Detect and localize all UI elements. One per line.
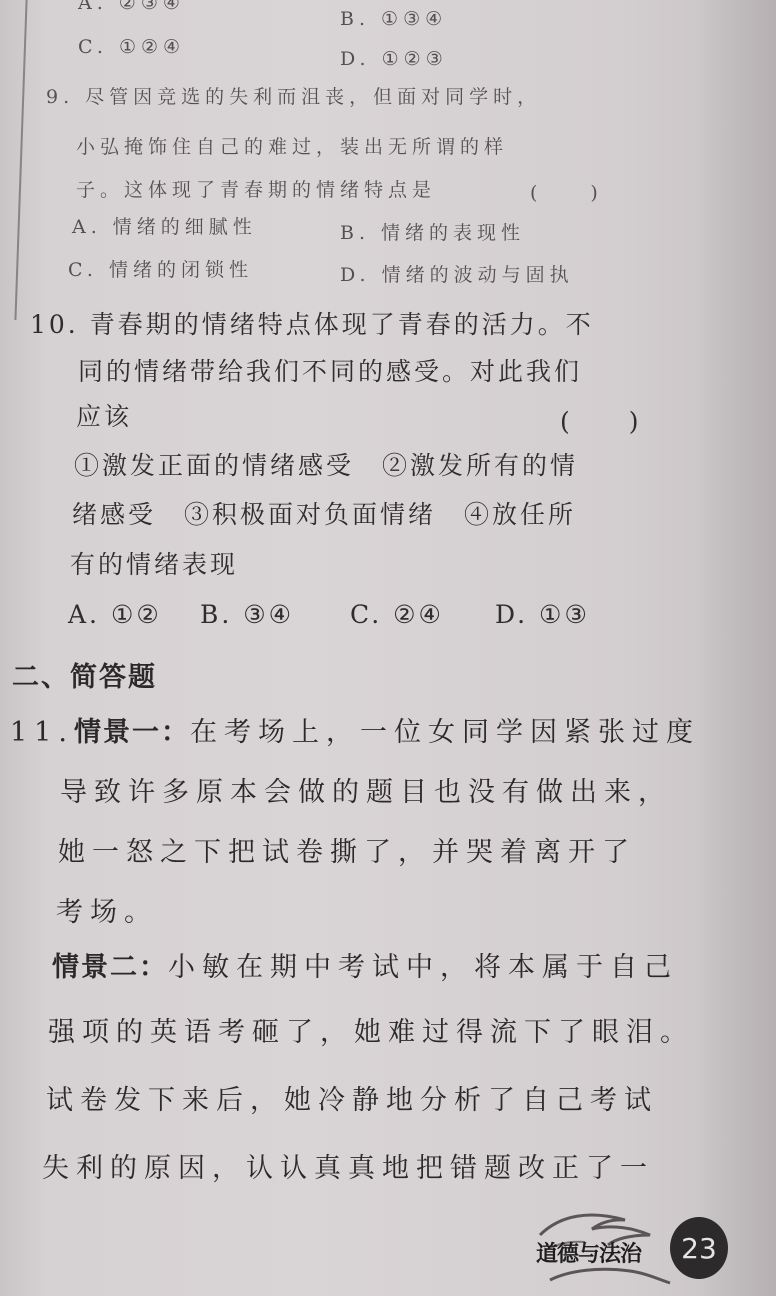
q10-option-b: B. ③④ — [200, 600, 294, 629]
q9-stem-line-3: 子。这体现了青春期的情绪特点是 — [76, 175, 436, 202]
q10-stem-line-3: 应该 — [76, 397, 132, 433]
q8-option-d: D. ①②③ — [340, 48, 448, 70]
q9-option-a: A. 情绪的细腻性 — [72, 212, 257, 239]
q10-stem-line-1: 10. 青春期的情绪特点体现了青春的活力。不 — [30, 305, 594, 341]
q11-scene1-label: 情景一： — [74, 717, 190, 748]
q11-number: 11. — [10, 717, 74, 748]
q9-answer-blank: ( ) — [530, 178, 603, 205]
q10-answer-blank: ( ) — [560, 402, 642, 438]
subject-brand: 道德与法治 — [536, 1237, 641, 1268]
q11-scene2-line-3: 试卷发下来后，她冷静地分析了自己考试 — [46, 1078, 658, 1117]
page-number-badge: 23 — [670, 1217, 728, 1279]
q11-scene2-line-2: 强项的英语考砸了，她难过得流下了眼泪。 — [48, 1010, 694, 1049]
q10-stem-line-2: 同的情绪带给我们不同的感受。对此我们 — [78, 352, 582, 388]
q11-scene2-label: 情景二： — [52, 952, 168, 983]
page-edge-shadow — [696, 0, 776, 1296]
q8-option-a: A. ②③④ — [78, 0, 185, 14]
q11-scene1-line-2: 导致许多原本会做的题目也没有做出来， — [60, 770, 672, 809]
page-footer: 道德与法治 23 — [530, 1205, 730, 1285]
q10-statements-line-1: ①激发正面的情绪感受 ②激发所有的情 — [74, 446, 578, 482]
q10-option-d: D. ①③ — [495, 600, 590, 629]
q8-option-b: B. ①③④ — [340, 8, 447, 30]
q9-stem-line-2: 小弘掩饰住自己的难过，装出无所谓的样 — [76, 132, 508, 159]
q11-scene1-line-4: 考场。 — [56, 890, 158, 929]
section-title: 二、简答题 — [12, 655, 157, 694]
q11-line-1: 11.情景一：在考场上，一位女同学因紧张过度 — [10, 710, 700, 749]
q10-option-a: A. ①② — [68, 600, 162, 629]
q11-scene2-line-1: 情景二：小敏在期中考试中，将本属于自己 — [52, 945, 678, 984]
q10-option-c: C. ②④ — [350, 600, 444, 629]
q11-scene1-line-3: 她一怒之下把试卷撕了，并哭着离开了 — [58, 830, 636, 869]
q10-statements-line-2: 绪感受 ③积极面对负面情绪 ④放任所 — [72, 495, 576, 531]
q9-option-d: D. 情绪的波动与固执 — [340, 260, 574, 287]
page-fold-line — [14, 0, 27, 320]
q9-option-b: B. 情绪的表现性 — [340, 218, 525, 245]
q11-scene1-text-1: 在考场上，一位女同学因紧张过度 — [190, 717, 700, 748]
q9-stem-line-1: 9. 尽管因竞选的失利而沮丧，但面对同学时， — [46, 82, 541, 109]
q11-scene2-text-1: 小敏在期中考试中，将本属于自己 — [168, 952, 678, 983]
q9-option-c: C. 情绪的闭锁性 — [68, 255, 253, 282]
q8-option-c: C. ①②④ — [78, 36, 185, 58]
q10-statements-line-3: 有的情绪表现 — [70, 545, 238, 581]
q11-scene2-line-4: 失利的原因，认认真真地把错题改正了一 — [42, 1146, 654, 1185]
